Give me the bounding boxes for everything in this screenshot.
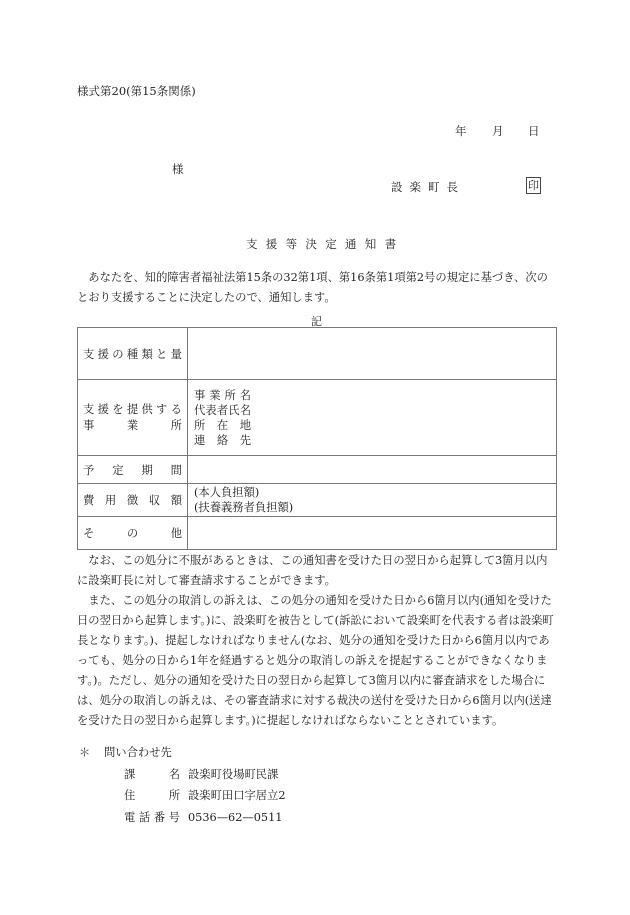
lawsuit-notice: また、この処分の取消しの訴えは、この処分の通知を受けた日から6箇月以内(通知を受… (77, 591, 557, 731)
label-char: の (127, 525, 138, 541)
table-row-fee: 費用徴収額 (本人負担額) (扶養義務者負担額) (78, 484, 557, 517)
label-char: 地 (240, 418, 251, 433)
date-day-label: 日 (528, 123, 540, 139)
label-char: る (171, 402, 182, 418)
label-char: 事 (83, 418, 94, 434)
label-char: 名 (240, 388, 251, 403)
label-char: 絡 (217, 433, 228, 448)
value-fee: (本人負担額) (扶養義務者負担額) (188, 484, 557, 517)
label-char: 事 (194, 388, 205, 403)
value-support-type (188, 328, 557, 380)
label-char: 業 (209, 388, 220, 403)
label-char: 収 (149, 492, 160, 508)
value-period (188, 456, 557, 484)
fee-guardian-burden: (扶養義務者負担額) (194, 500, 556, 515)
label-provider: 支援を提供する 事業所 (78, 380, 188, 456)
label-support-type: 支援の種類と量 (78, 328, 188, 380)
label-char: 連 (194, 433, 205, 448)
fee-self-burden: (本人負担額) (194, 485, 556, 500)
label-char: の (112, 346, 123, 362)
label-char: 号 (169, 807, 180, 829)
label-char: 名 (240, 403, 251, 418)
label-char: 番 (154, 807, 165, 829)
contact-header-label: 問い合わせ先 (104, 742, 172, 764)
label-char: を (112, 402, 123, 418)
contact-label-phone: 電話番号 (124, 807, 180, 829)
table-row-other: その他 (78, 517, 557, 550)
document-title: 支援等決定通知書 (246, 236, 404, 252)
label-char: 用 (105, 492, 116, 508)
table-row-provider: 支援を提供する 事業所 事業所名 代表者氏名 所在地 連絡先 (78, 380, 557, 456)
label-char: 量 (171, 346, 182, 362)
label-char: 在 (217, 418, 228, 433)
label-char: 氏 (228, 403, 239, 418)
date-year-label: 年 (455, 123, 467, 139)
recipient-honorific: 様 (172, 161, 184, 177)
decision-table: 支援の種類と量 支援を提供する 事業所 事業所名 代表者氏名 所在地 連絡先 予… (77, 327, 557, 550)
label-char: 期 (141, 462, 152, 478)
label-fee: 費用徴収額 (78, 484, 188, 517)
intro-paragraph: あなたを、知的障害者福祉法第15条の32第1項、第16条第1項第2号の規定に基づ… (77, 268, 557, 308)
asterisk-icon: ＊ (79, 742, 104, 764)
value-other (188, 517, 557, 550)
label-char: 業 (127, 418, 138, 434)
label-char: 徴 (127, 492, 138, 508)
seal-stamp-icon: 印 (526, 177, 541, 194)
label-char: 話 (139, 807, 150, 829)
label-char: 所 (171, 418, 182, 434)
value-provider: 事業所名 代表者氏名 所在地 連絡先 (188, 380, 557, 456)
appeal-notice: なお、この処分に不服があるときは、この通知書を受けた日の翌日から起算して3箇月以… (77, 551, 557, 591)
label-char: 所 (169, 785, 180, 807)
contact-item-address: 住所 設楽町田口字居立2 (79, 785, 286, 807)
table-row-support-type: 支援の種類と量 (78, 328, 557, 380)
label-char: 他 (171, 525, 182, 541)
contact-label-address: 住所 (124, 785, 180, 807)
label-char: 所 (194, 418, 205, 433)
table-row-period: 予定期間 (78, 456, 557, 484)
label-char: 援 (98, 346, 109, 362)
label-period: 予定期間 (78, 456, 188, 484)
label-char: 者 (217, 403, 228, 418)
label-other: その他 (78, 517, 188, 550)
contact-item-section: 課名 設楽町役場町民課 (79, 764, 286, 786)
label-char: 代 (194, 403, 205, 418)
date-month-label: 月 (492, 123, 504, 139)
label-char: 名 (169, 764, 180, 786)
label-char: 費 (83, 492, 94, 508)
label-char: 額 (171, 492, 182, 508)
contact-value-address: 設楽町田口字居立2 (188, 785, 286, 807)
form-number: 様式第20(第15条関係) (77, 83, 196, 99)
contact-label-section: 課名 (124, 764, 180, 786)
contact-header: ＊ 問い合わせ先 (79, 742, 286, 764)
label-char: す (156, 402, 167, 418)
label-char: そ (83, 525, 94, 541)
label-char: 表 (205, 403, 216, 418)
label-char: 類 (141, 346, 152, 362)
label-char: と (156, 346, 167, 362)
label-char: 供 (141, 402, 152, 418)
label-char: 提 (127, 402, 138, 418)
label-char: 予 (83, 462, 94, 478)
label-char: 課 (124, 764, 135, 786)
label-char: 先 (240, 433, 251, 448)
label-char: 電 (124, 807, 135, 829)
issuer-title: 設楽町長 (391, 179, 465, 195)
label-char: 定 (112, 462, 123, 478)
label-char: 所 (224, 388, 235, 403)
label-char: 間 (171, 462, 182, 478)
label-char: 支 (83, 402, 94, 418)
label-char: 援 (98, 402, 109, 418)
contact-value-section: 設楽町役場町民課 (188, 764, 278, 786)
contact-section: ＊ 問い合わせ先 課名 設楽町役場町民課 住所 設楽町田口字居立2 電話番号 0… (79, 742, 286, 828)
label-char: 種 (127, 346, 138, 362)
label-char: 住 (124, 785, 135, 807)
label-char: 支 (83, 346, 94, 362)
contact-item-phone: 電話番号 0536—62—0511 (79, 807, 286, 829)
contact-value-phone: 0536—62—0511 (188, 807, 282, 829)
